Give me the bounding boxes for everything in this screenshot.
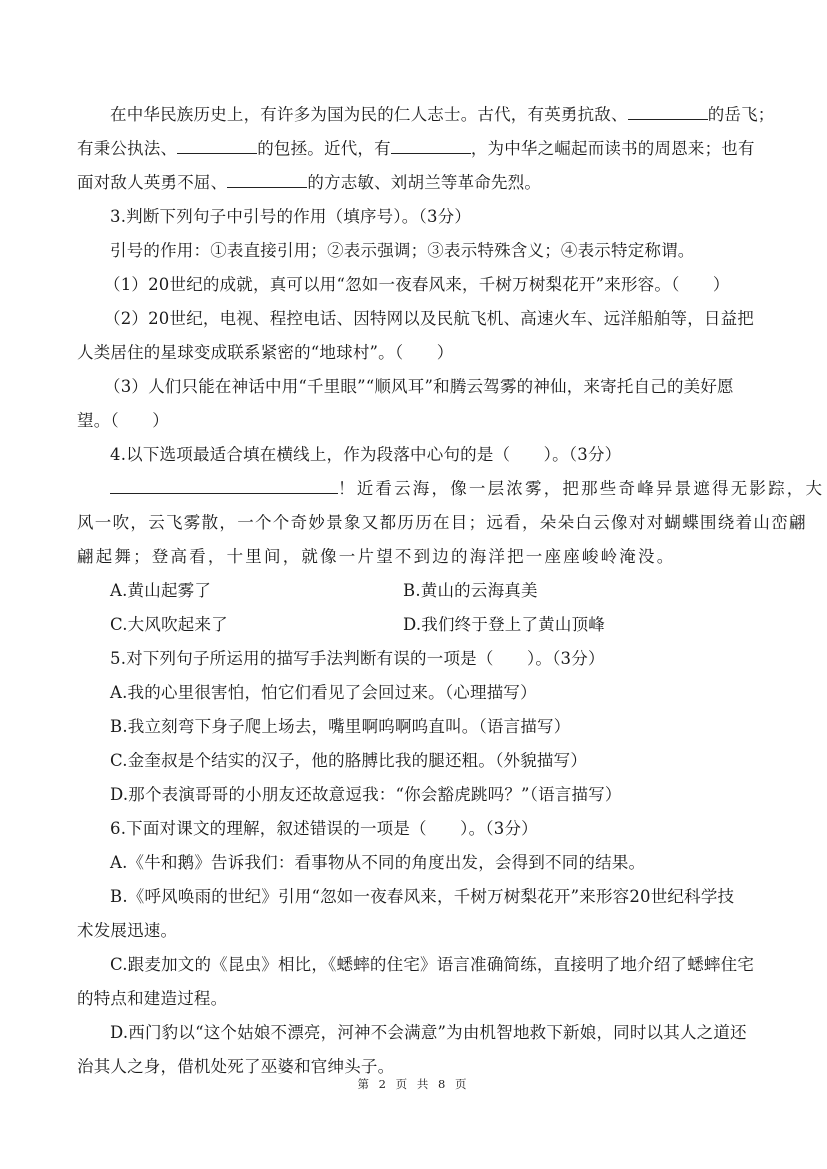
- fill-blank-4[interactable]: [227, 171, 307, 188]
- q3-item-2-cont: 人类居住的星球变成联系紧密的“地球村”。（ ）: [77, 336, 753, 370]
- q5-option-c[interactable]: C.金奎叔是个结实的汉子，他的胳膊比我的腿还粗。（外貌描写）: [77, 744, 753, 778]
- q4-passage-line-3: 翩起舞；登高看，十里间，就像一片望不到边的海洋把一座座峻岭淹没。: [77, 540, 753, 574]
- q6-option-c-cont: 的特点和建造过程。: [77, 982, 753, 1016]
- text: ！近看云海，像一层浓雾，把那些奇峰异景遮得无影踪，大: [338, 479, 824, 498]
- fill-blank-2[interactable]: [177, 137, 257, 154]
- central-sentence-blank[interactable]: [110, 477, 338, 494]
- q4-option-a[interactable]: A.黄山起雾了: [110, 574, 403, 608]
- text: 面对敌人英勇不屈、: [77, 173, 227, 192]
- document-page: 在中华民族历史上，有许多为国为民的仁人志士。古代，有英勇抗敌、的岳飞； 有秉公执…: [77, 98, 753, 1084]
- fill-blank-3[interactable]: [391, 137, 471, 154]
- intro-line-1: 在中华民族历史上，有许多为国为民的仁人志士。古代，有英勇抗敌、的岳飞；: [77, 98, 753, 132]
- q3-title: 3.判断下列句子中引号的作用（填序号）。（3分）: [77, 200, 753, 234]
- text: 在中华民族历史上，有许多为国为民的仁人志士。古代，有英勇抗敌、: [110, 105, 628, 124]
- q4-passage-line-2: 风一吹，云飞雾散，一个个奇妙景象又都历历在目；远看，朵朵白云像对对蝴蝶围绕着山峦…: [77, 506, 753, 540]
- text: 有秉公执法、: [77, 139, 177, 158]
- fill-blank-1[interactable]: [628, 103, 708, 120]
- q4-options-row-2: C.大风吹起来了 D.我们终于登上了黄山顶峰: [77, 608, 753, 642]
- q6-title: 6.下面对课文的理解，叙述错误的一项是（ ）。（3分）: [77, 812, 753, 846]
- q4-options-row-1: A.黄山起雾了 B.黄山的云海真美: [77, 574, 753, 608]
- q6-option-b-cont: 术发展迅速。: [77, 914, 753, 948]
- q4-option-d[interactable]: D.我们终于登上了黄山顶峰: [403, 608, 605, 642]
- q3-note: 引号的作用：①表直接引用；②表示强调；③表示特殊含义；④表示特定称谓。: [77, 234, 753, 268]
- q6-option-a[interactable]: A.《牛和鹅》告诉我们：看事物从不同的角度出发，会得到不同的结果。: [77, 846, 753, 880]
- text: ，为中华之崛起而读书的周恩来；也有: [471, 139, 755, 158]
- q4-title: 4.以下选项最适合填在横线上，作为段落中心句的是（ ）。（3分）: [77, 438, 753, 472]
- intro-line-3: 面对敌人英勇不屈、的方志敏、刘胡兰等革命先烈。: [77, 166, 753, 200]
- q3-item-3: （3）人们只能在神话中用“千里眼”“顺风耳”和腾云驾雾的神仙，来寄托自己的美好愿: [77, 370, 753, 404]
- q5-option-d[interactable]: D.那个表演哥哥的小朋友还故意逗我：“你会豁虎跳吗？”（语言描写）: [77, 778, 753, 812]
- page-number-footer: 第 2 页 共 8 页: [0, 1076, 827, 1092]
- q4-option-c[interactable]: C.大风吹起来了: [110, 608, 403, 642]
- text: 的方志敏、刘胡兰等革命先烈。: [307, 173, 541, 192]
- q6-option-b[interactable]: B.《呼风唤雨的世纪》引用“忽如一夜春风来，千树万树梨花开”来形容20世纪科学技: [77, 880, 753, 914]
- q3-item-1: （1）20世纪的成就，真可以用“忽如一夜春风来，千树万树梨花开”来形容。（ ）: [77, 268, 753, 302]
- q5-option-a[interactable]: A.我的心里很害怕，怕它们看见了会回过来。（心理描写）: [77, 676, 753, 710]
- intro-line-2: 有秉公执法、的包拯。近代，有，为中华之崛起而读书的周恩来；也有: [77, 132, 753, 166]
- text: 的包拯。近代，有: [257, 139, 391, 158]
- q4-option-b[interactable]: B.黄山的云海真美: [403, 574, 538, 608]
- q5-option-b[interactable]: B.我立刻弯下身子爬上场去，嘴里啊呜啊呜直叫。（语言描写）: [77, 710, 753, 744]
- q4-passage-line-1: ！近看云海，像一层浓雾，把那些奇峰异景遮得无影踪，大: [77, 472, 753, 506]
- q3-item-3-cont: 望。（ ）: [77, 404, 753, 438]
- text: 的岳飞；: [708, 105, 775, 124]
- q5-title: 5.对下列句子所运用的描写手法判断有误的一项是（ ）。（3分）: [77, 642, 753, 676]
- q6-option-c[interactable]: C.跟麦加文的《昆虫》相比，《蟋蟀的住宅》语言准确简练，直接明了地介绍了蟋蟀住宅: [77, 948, 753, 982]
- q6-option-d[interactable]: D.西门豹以“这个姑娘不漂亮，河神不会满意”为由机智地救下新娘，同时以其人之道还: [77, 1016, 753, 1050]
- q3-item-2: （2）20世纪，电视、程控电话、因特网以及民航飞机、高速火车、远洋船舶等，日益把: [77, 302, 753, 336]
